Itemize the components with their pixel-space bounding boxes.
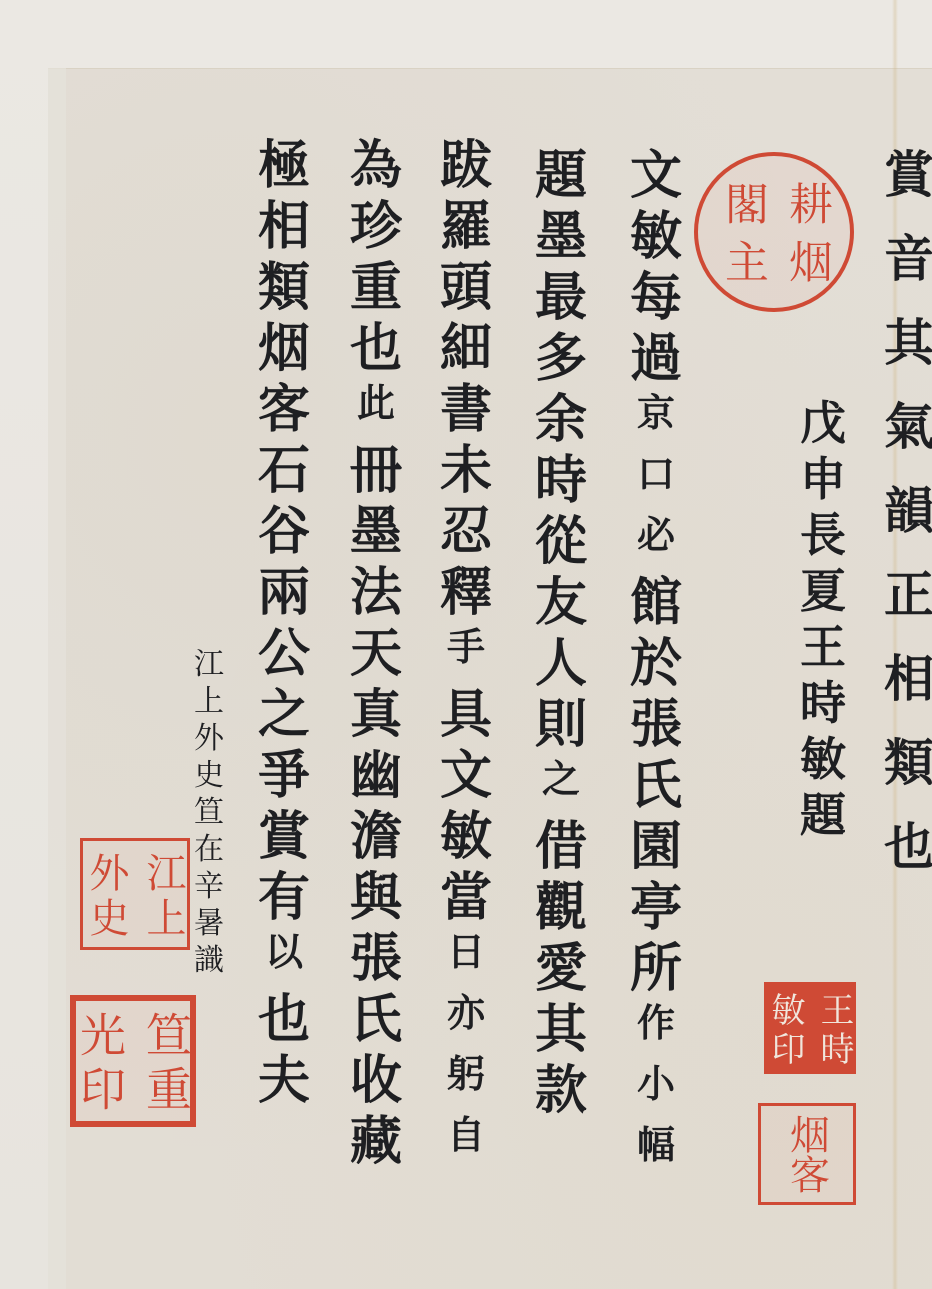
inscription-char: 時 — [800, 680, 846, 736]
colophon-char: 之 — [542, 760, 580, 821]
colophon-char: 天 — [350, 628, 402, 689]
colophon-char: 爭 — [258, 750, 310, 811]
colophon-char: 頭 — [440, 262, 492, 323]
colophon-char: 氏 — [350, 994, 402, 1055]
signature-char: 識 — [194, 946, 224, 983]
inscription-char: 長 — [800, 512, 846, 568]
colophon-char: 之 — [258, 689, 310, 750]
seal-char: 敏 — [761, 989, 810, 1028]
colophon-char: 作 — [637, 1004, 675, 1065]
edge-char: 其 — [884, 318, 932, 402]
colophon-char: 題 — [535, 150, 587, 211]
colophon-char: 過 — [630, 333, 682, 394]
seal-char: 光 — [67, 1007, 133, 1061]
colophon-char: 京 — [637, 394, 675, 455]
edge-char: 相 — [884, 654, 932, 738]
seal-char: 外 — [78, 849, 135, 894]
wang-style-seal: 烟 客 — [758, 1103, 856, 1205]
colophon-char: 藏 — [350, 1116, 402, 1177]
colophon-char: 類 — [258, 262, 310, 323]
wang-inscription-column: 戊 申 長 夏 王 時 敏 題 — [800, 400, 846, 848]
colophon-char: 口 — [637, 455, 675, 516]
colophon-column-2: 題 墨 最 多 余 時 從 友 人 則 之 借 觀 愛 其 款 — [535, 150, 587, 1126]
seal-char: 主 — [710, 232, 774, 290]
seal-char: 時 — [810, 1028, 859, 1067]
colophon-char: 從 — [535, 516, 587, 577]
colophon-char: 此 — [357, 384, 395, 445]
colophon-char: 書 — [440, 384, 492, 445]
signature-char: 上 — [194, 687, 224, 724]
colophon-char: 日 — [447, 933, 485, 994]
edge-char: 也 — [884, 822, 932, 906]
colophon-char: 手 — [447, 628, 485, 689]
inscription-char: 敏 — [800, 736, 846, 792]
colophon-char: 每 — [630, 272, 682, 333]
colophon-char: 當 — [440, 872, 492, 933]
seal-char: 王 — [810, 989, 859, 1028]
colophon-char: 釋 — [440, 567, 492, 628]
edge-char: 賞 — [884, 150, 932, 234]
inscription-char: 題 — [800, 792, 846, 848]
colophon-char: 未 — [440, 445, 492, 506]
colophon-char: 也 — [350, 323, 402, 384]
colophon-char: 冊 — [350, 445, 402, 506]
colophon-char: 石 — [258, 445, 310, 506]
colophon-char: 張 — [350, 933, 402, 994]
edge-char: 正 — [884, 570, 932, 654]
colophon-char: 小 — [637, 1065, 675, 1126]
colophon-char: 亭 — [630, 882, 682, 943]
colophon-char: 客 — [258, 384, 310, 445]
colophon-char: 愛 — [535, 943, 587, 1004]
colophon-char: 夫 — [258, 1055, 310, 1116]
colophon-char: 有 — [258, 872, 310, 933]
colophon-char: 最 — [535, 272, 587, 333]
inscription-char: 戊 — [800, 400, 846, 456]
seal-char: 客 — [779, 1154, 836, 1194]
colophon-char: 珍 — [350, 201, 402, 262]
colophon-char: 具 — [440, 689, 492, 750]
colophon-char: 文 — [630, 150, 682, 211]
seal-char: 印 — [761, 1028, 810, 1067]
paper-margin-band — [48, 68, 66, 1289]
signature-char: 笪 — [194, 798, 224, 835]
colophon-char: 真 — [350, 689, 402, 750]
signature-column: 江 上 外 史 笪 在 辛 暑 識 — [194, 650, 224, 983]
edge-char: 氣 — [884, 402, 932, 486]
colophon-char: 躬 — [447, 1055, 485, 1116]
seal-char: 耕 — [774, 174, 838, 232]
da-name-seal: 笪 重 光 印 — [70, 995, 196, 1127]
colophon-char: 幽 — [350, 750, 402, 811]
signature-char: 暑 — [194, 909, 224, 946]
colophon-column-5: 極 相 類 烟 客 石 谷 兩 公 之 爭 賞 有 以 也 夫 — [258, 140, 310, 1116]
edge-column: 賞 音 其 氣 韻 正 相 類 也 — [884, 150, 932, 906]
signature-char: 江 — [194, 650, 224, 687]
colophon-char: 款 — [535, 1065, 587, 1126]
colophon-char: 極 — [258, 140, 310, 201]
signature-char: 外 — [194, 724, 224, 761]
colophon-char: 則 — [535, 699, 587, 760]
colophon-char: 公 — [258, 628, 310, 689]
colophon-char: 觀 — [535, 882, 587, 943]
seal-char: 烟 — [774, 232, 838, 290]
seal-char: 笪 — [133, 1007, 199, 1061]
colophon-char: 也 — [258, 994, 310, 1055]
colophon-char: 自 — [447, 1116, 485, 1177]
colophon-char: 谷 — [258, 506, 310, 567]
colophon-char: 館 — [630, 577, 682, 638]
colophon-char: 相 — [258, 201, 310, 262]
colophon-char: 時 — [535, 455, 587, 516]
colophon-char: 余 — [535, 394, 587, 455]
colophon-char: 敏 — [440, 811, 492, 872]
colophon-char: 氏 — [630, 760, 682, 821]
seal-char: 上 — [135, 894, 192, 939]
colophon-char: 與 — [350, 872, 402, 933]
colophon-char: 澹 — [350, 811, 402, 872]
seal-char: 史 — [78, 894, 135, 939]
wang-name-seal: 王 時 敏 印 — [764, 982, 856, 1074]
colophon-char: 張 — [630, 699, 682, 760]
colophon-char: 兩 — [258, 567, 310, 628]
colophon-column-4: 為 珍 重 也 此 冊 墨 法 天 真 幽 澹 與 張 氏 收 藏 — [350, 140, 402, 1177]
signature-char: 辛 — [194, 872, 224, 909]
colophon-char: 其 — [535, 1004, 587, 1065]
colophon-char: 多 — [535, 333, 587, 394]
colophon-char: 以 — [265, 933, 303, 994]
colophon-char: 忍 — [440, 506, 492, 567]
colophon-char: 收 — [350, 1055, 402, 1116]
seal-char: 閣 — [710, 174, 774, 232]
seal-char: 江 — [135, 849, 192, 894]
colophon-char: 烟 — [258, 323, 310, 384]
colophon-char: 墨 — [350, 506, 402, 567]
edge-char: 類 — [884, 738, 932, 822]
colophon-char: 跋 — [440, 140, 492, 201]
colophon-char: 法 — [350, 567, 402, 628]
colophon-char: 為 — [350, 140, 402, 201]
inscription-char: 申 — [800, 456, 846, 512]
colophon-column-1: 文 敏 每 過 京 口 必 館 於 張 氏 園 亭 所 作 小 幅 — [630, 150, 682, 1187]
colophon-char: 友 — [535, 577, 587, 638]
edge-char: 音 — [884, 234, 932, 318]
seal-char: 印 — [67, 1061, 133, 1115]
da-jiangshang-seal: 江 上 外 史 — [80, 838, 190, 950]
signature-char: 史 — [194, 761, 224, 798]
inscription-char: 夏 — [800, 568, 846, 624]
colophon-char: 園 — [630, 821, 682, 882]
colophon-char: 幅 — [637, 1126, 675, 1187]
colophon-char: 文 — [440, 750, 492, 811]
colophon-char: 人 — [535, 638, 587, 699]
colophon-char: 墨 — [535, 211, 587, 272]
colophon-char: 亦 — [447, 994, 485, 1055]
inscription-char: 王 — [800, 624, 846, 680]
colophon-char: 必 — [637, 516, 675, 577]
colophon-char: 賞 — [258, 811, 310, 872]
colophon-column-3: 跋 羅 頭 細 書 未 忍 釋 手 具 文 敏 當 日 亦 躬 自 — [440, 140, 492, 1177]
signature-char: 在 — [194, 835, 224, 872]
round-seal: 耕 烟 閣 主 — [694, 152, 854, 312]
seal-char: 烟 — [779, 1114, 836, 1154]
seal-char: 重 — [133, 1061, 199, 1115]
colophon-char: 重 — [350, 262, 402, 323]
colophon-char: 羅 — [440, 201, 492, 262]
colophon-char: 所 — [630, 943, 682, 1004]
colophon-char: 於 — [630, 638, 682, 699]
edge-char: 韻 — [884, 486, 932, 570]
colophon-char: 敏 — [630, 211, 682, 272]
colophon-char: 細 — [440, 323, 492, 384]
colophon-char: 借 — [535, 821, 587, 882]
